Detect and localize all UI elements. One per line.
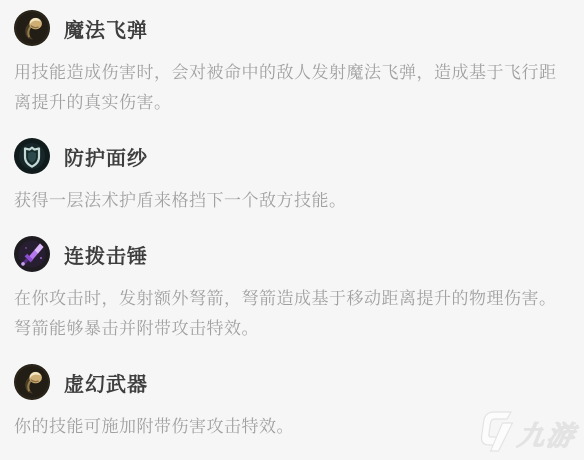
ability-header: 防护面纱: [14, 138, 570, 174]
ability-title: 连拨击锤: [64, 240, 148, 269]
phantom-orb-icon: [14, 364, 50, 400]
ability-section-phantom-weapon: 虚幻武器 你的技能可施加附带伤害攻击特效。: [14, 364, 570, 442]
ability-section-veil: 防护面纱 获得一层法术护盾来格挡下一个敌方技能。: [14, 138, 570, 216]
ability-title: 虚幻武器: [64, 368, 148, 397]
ability-description: 在你攻击时，发射额外弩箭，弩箭造成基于移动距离提升的物理伤害。弩箭能够暴击并附带…: [14, 284, 570, 344]
ability-section-hammer: 连拨击锤 在你攻击时，发射额外弩箭，弩箭造成基于移动距离提升的物理伤害。弩箭能够…: [14, 236, 570, 344]
ability-list: 魔法飞弹 用技能造成伤害时，会对被命中的敌人发射魔法飞弹，造成基于飞行距离提升的…: [0, 0, 584, 442]
ability-section-magic-missile: 魔法飞弹 用技能造成伤害时，会对被命中的敌人发射魔法飞弹，造成基于飞行距离提升的…: [14, 10, 570, 118]
shield-icon: [14, 138, 50, 174]
ability-title: 防护面纱: [64, 142, 148, 171]
ability-description: 你的技能可施加附带伤害攻击特效。: [14, 412, 570, 442]
ability-header: 魔法飞弹: [14, 10, 570, 46]
ability-description: 用技能造成伤害时，会对被命中的敌人发射魔法飞弹，造成基于飞行距离提升的真实伤害。: [14, 58, 570, 118]
purple-sword-icon: [14, 236, 50, 272]
ability-header: 虚幻武器: [14, 364, 570, 400]
ability-description: 获得一层法术护盾来格挡下一个敌方技能。: [14, 186, 570, 216]
magic-missile-icon: [14, 10, 50, 46]
ability-header: 连拨击锤: [14, 236, 570, 272]
ability-title: 魔法飞弹: [64, 14, 148, 43]
